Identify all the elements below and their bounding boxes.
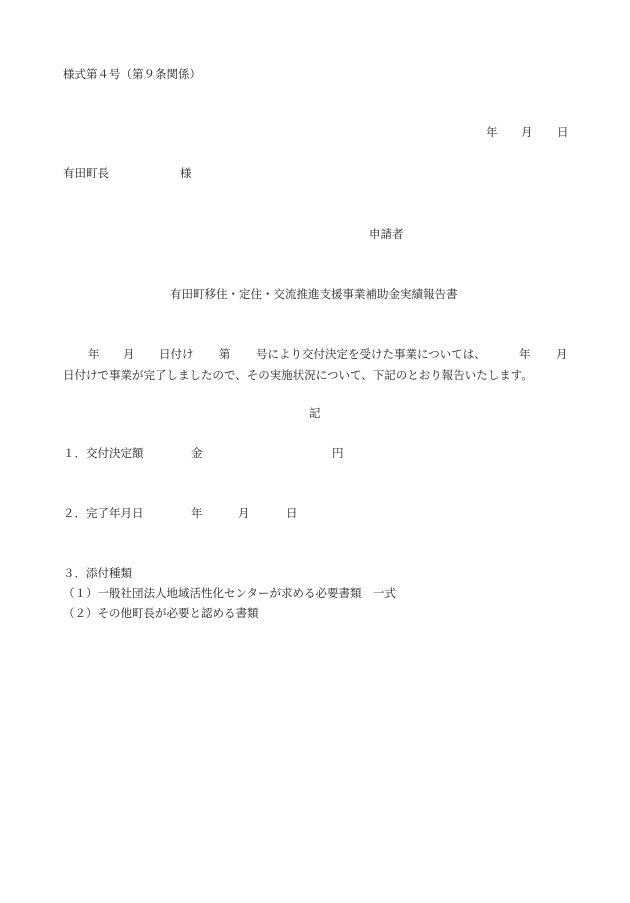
item-1-prefix: 金 <box>191 446 203 460</box>
body-year: 年 <box>88 347 100 361</box>
item-2-month: 月 <box>238 506 250 520</box>
body-month2: 月 <box>556 347 568 361</box>
item-3-sub-2: （２）その他町長が必要と認める書類 <box>63 606 259 620</box>
date-year: 年 <box>486 125 498 139</box>
body-month: 月 <box>123 347 135 361</box>
applicant-label: 申請者 <box>369 227 404 241</box>
document-title: 有田町移住・定住・交流推進支援事業補助金実績報告書 <box>170 287 458 301</box>
item-3-label: ３．添付種類 <box>63 566 132 580</box>
addressee-name: 有田町長 <box>63 166 109 180</box>
body-line2: 日付けで事業が完了しましたので、その実施状況について、下記のとおり報告いたします… <box>63 368 533 382</box>
body-dated: 日付け <box>159 347 194 361</box>
item-2-label: ２．完了年月日 <box>63 506 144 520</box>
item-2-year: 年 <box>191 506 203 520</box>
body-line1-text: 号により交付決定を受けた事業については、 <box>256 347 486 361</box>
body-number-prefix: 第 <box>219 347 231 361</box>
body-year2: 年 <box>519 347 531 361</box>
ki-heading: 記 <box>309 406 321 420</box>
item-1-label: １．交付決定額 <box>63 446 144 460</box>
date-month: 月 <box>521 125 533 139</box>
item-1-suffix: 円 <box>332 446 344 460</box>
date-day: 日 <box>557 125 569 139</box>
item-3-sub-1: （１）一般社団法人地域活性化センターが求める必要書類 一式 <box>63 586 396 600</box>
addressee-honorific: 様 <box>180 166 192 180</box>
form-number: 様式第４号（第９条関係） <box>63 67 201 81</box>
item-2-day: 日 <box>286 506 298 520</box>
